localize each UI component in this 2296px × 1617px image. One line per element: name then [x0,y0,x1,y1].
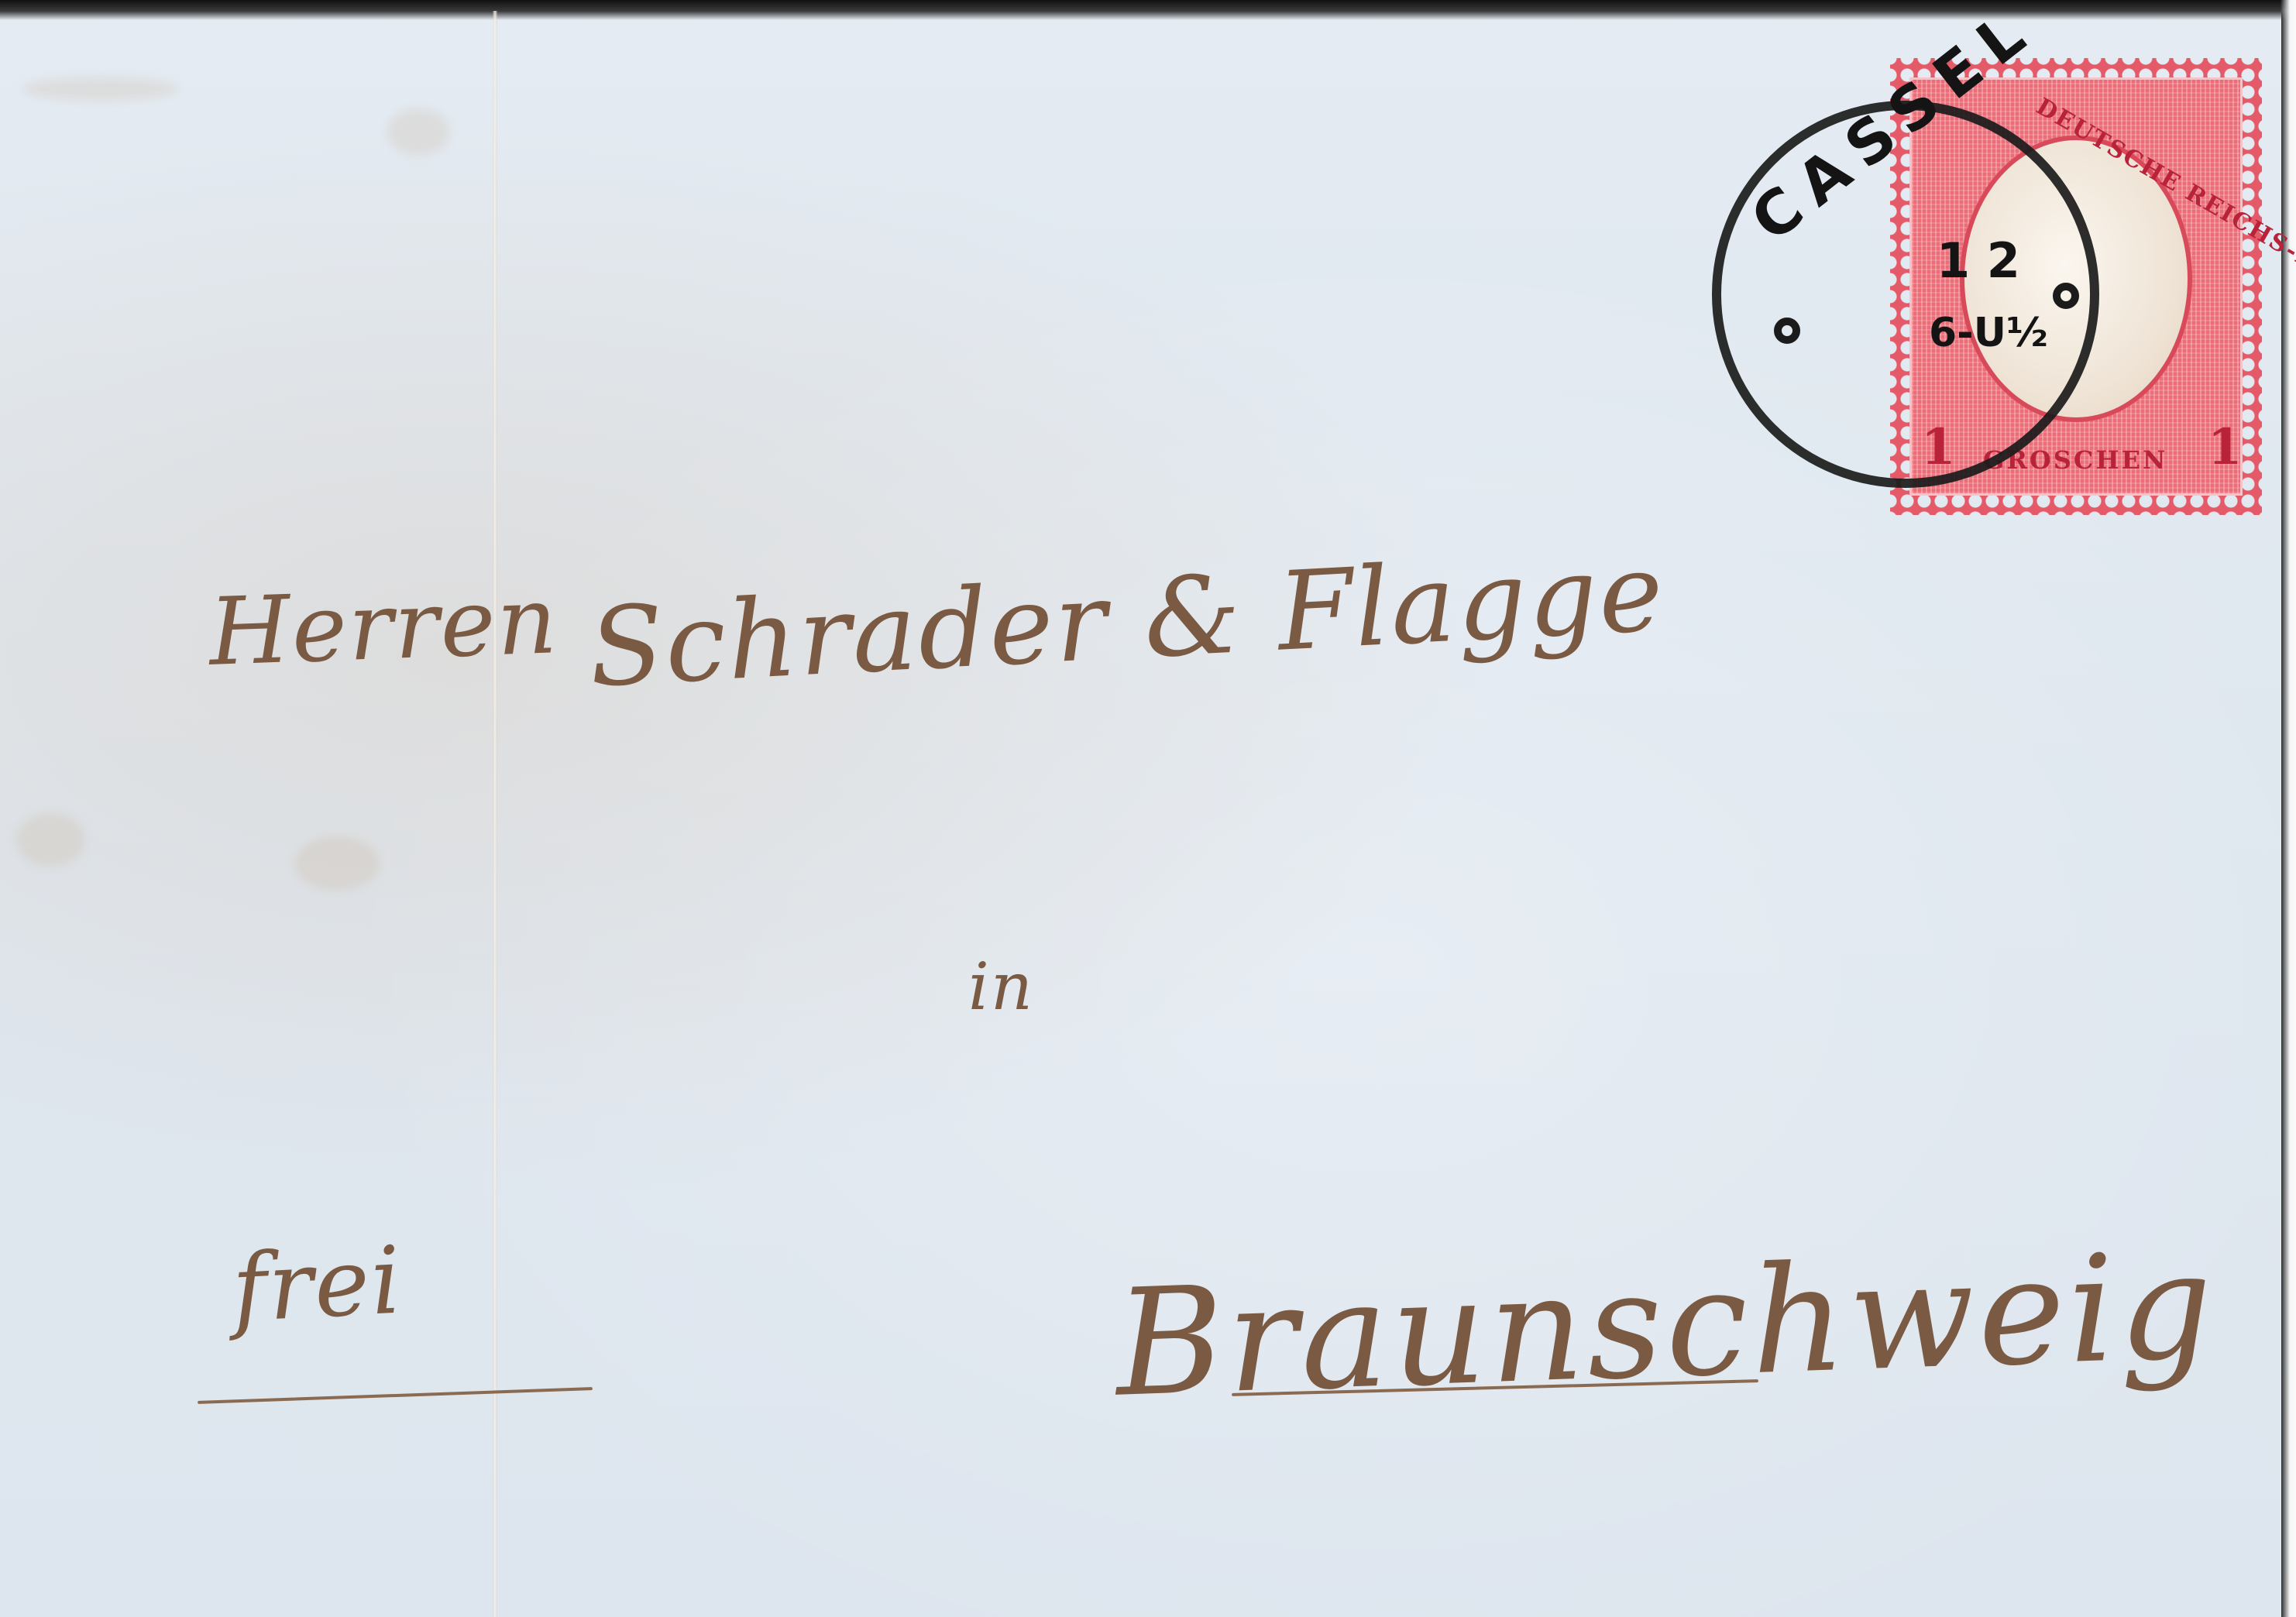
postmark-ornament-dot [2053,283,2079,309]
foxing-stain [23,77,178,101]
preposition-handwriting: in [968,949,1034,1025]
postmark-ring [1712,101,2099,488]
postmark-time: 6-U½ [1929,310,2048,356]
foxing-stain [294,836,380,891]
salutation-handwriting: Herren [208,567,560,687]
stamp-value-right: 1 [2208,418,2243,476]
postmark-ornament-dot [1774,318,1800,344]
top-edge-shadow [0,0,2296,20]
foxing-stain [387,108,449,155]
fold-line [493,11,497,1617]
foxing-stain [15,813,85,867]
postmark-date: 1 2 [1937,232,2020,289]
postage-note-handwriting: frei [230,1227,405,1343]
